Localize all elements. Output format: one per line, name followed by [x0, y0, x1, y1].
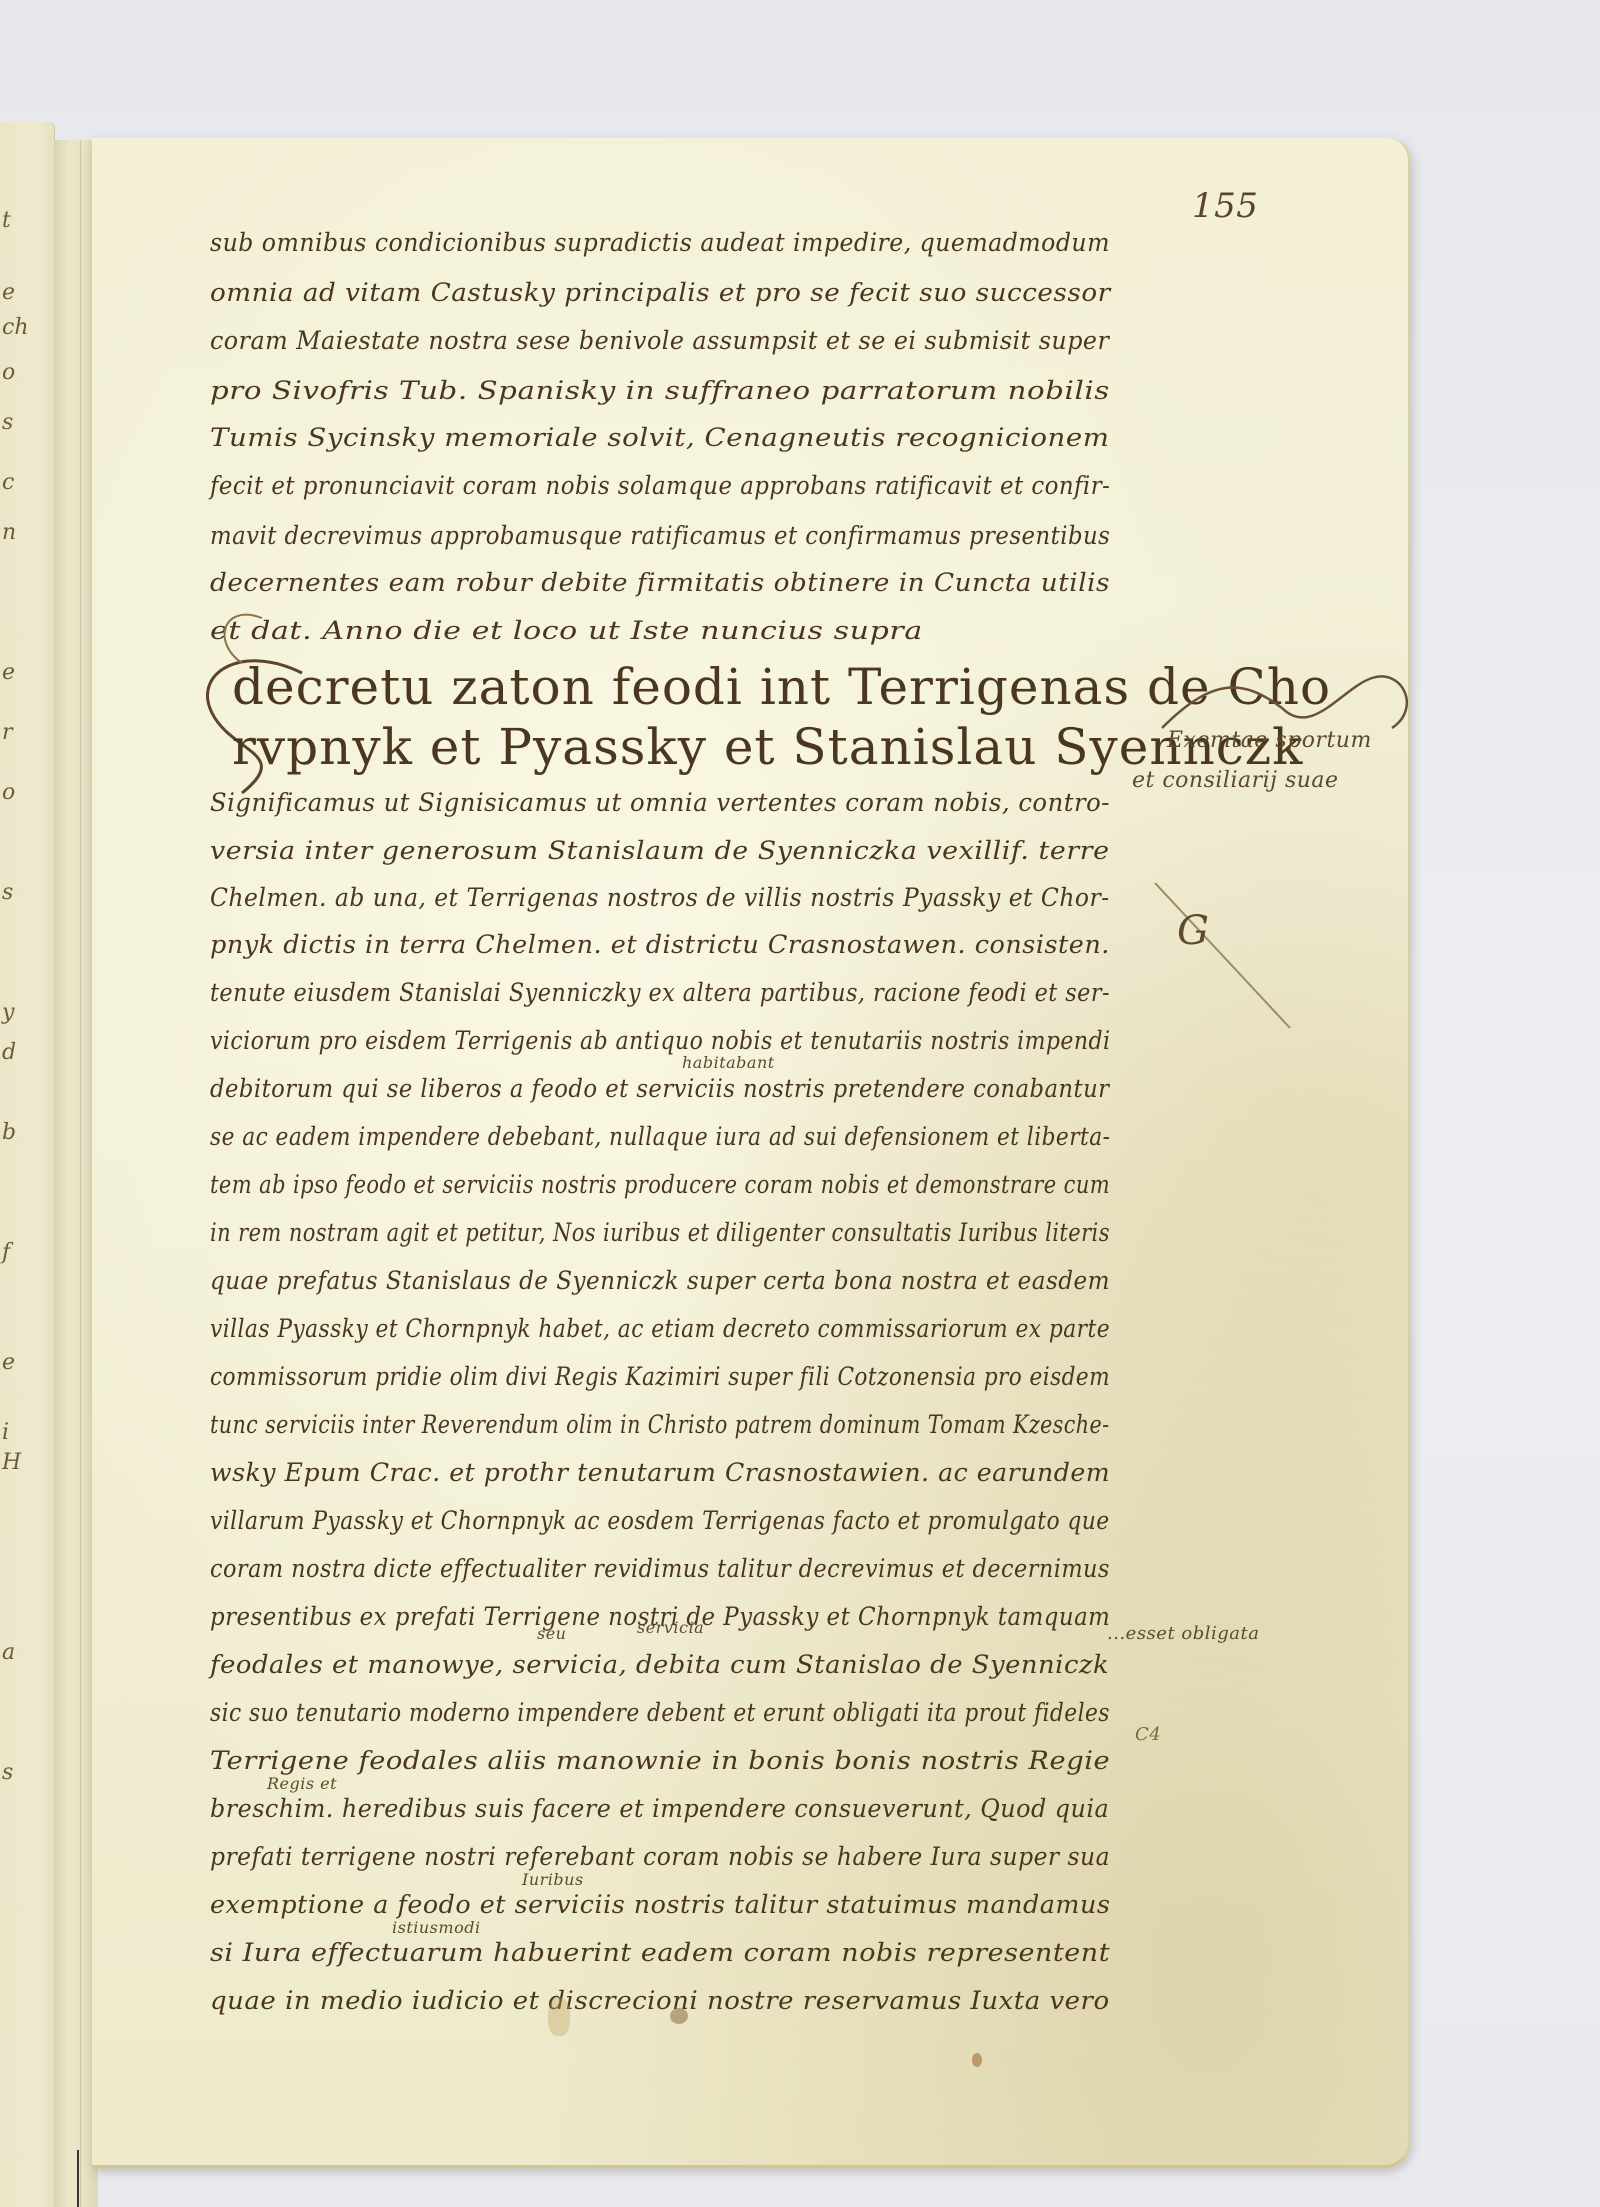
text-line: Chelmen. ab una, et Terrigenas nostros d…: [210, 883, 1110, 912]
folio-number: 155: [1192, 186, 1258, 226]
text-line: commissorum pridie olim divi Regis Kazim…: [210, 1362, 1110, 1391]
text-line: se ac eadem impendere debebant, nullaque…: [210, 1122, 1110, 1151]
facing-page-fragment: i: [2, 1422, 9, 1444]
facing-page-fragment: a: [2, 1642, 15, 1664]
interlinear-note: Iuribus: [522, 1870, 584, 1889]
binding-edge: [77, 2150, 79, 2207]
text-line: pro Sivofris Tub. Spanisky in suffraneo …: [210, 376, 1110, 405]
facing-page-fragment: r: [2, 722, 13, 744]
text-line: sub omnibus condicionibus supradictis au…: [210, 228, 1110, 257]
manuscript-folio: 155 sub omnibus condicionibus supradicti…: [92, 138, 1410, 2168]
text-line: Terrigene feodales aliis manownie in bon…: [210, 1746, 1110, 1775]
interlinear-note: istiusmodi: [392, 1918, 481, 1937]
margin-mark: G: [1177, 908, 1209, 954]
water-stain: [548, 1998, 570, 2036]
cross-mark-icon: [1150, 878, 1300, 1038]
facing-page-fragment: c: [2, 472, 14, 494]
ink-stain: [670, 2008, 688, 2024]
gutter-fold: [80, 140, 83, 2207]
text-line: coram Maiestate nostra sese benivole ass…: [210, 326, 1109, 355]
interlinear-note: Regis et: [267, 1774, 337, 1793]
text-line: coram nostra dicte effectualiter revidim…: [210, 1554, 1110, 1583]
text-line: tunc serviciis inter Reverendum olim in …: [210, 1410, 1110, 1439]
text-line: omnia ad vitam Castusky principalis et p…: [210, 278, 1111, 307]
text-line: wsky Epum Crac. et prothr tenutarum Cras…: [210, 1458, 1110, 1487]
text-line: breschim. heredibus suis facere et impen…: [210, 1794, 1109, 1823]
facing-page-fragment: e: [2, 1352, 15, 1374]
facing-page-fragment: f: [2, 1242, 10, 1264]
facing-page-fragment: s: [2, 882, 13, 904]
text-line: quae in medio iudicio et discrecioni nos…: [210, 1986, 1110, 2015]
text-line: debitorum qui se liberos a feodo et serv…: [210, 1074, 1109, 1103]
facing-page: t e ch o s c n e r o s y d b f e i H a s: [0, 122, 55, 2207]
facing-page-fragment: H: [2, 1452, 21, 1474]
text-line: Tumis Sycinsky memoriale solvit, Cenagne…: [210, 423, 1109, 452]
text-line: villarum Pyassky et Chornpnyk ac eosdem …: [210, 1506, 1110, 1535]
text-line: feodales et manowye, servicia, debita cu…: [210, 1650, 1109, 1679]
margin-note-obligata: ...esset obligata: [1107, 1623, 1260, 1644]
text-line: viciorum pro eisdem Terrigenis ab antiqu…: [210, 1026, 1110, 1055]
facing-page-fragment: b: [2, 1122, 16, 1144]
interlinear-note: habitabant: [682, 1053, 775, 1072]
text-line: versia inter generosum Stanislaum de Sye…: [210, 836, 1110, 865]
margin-gloss-line: et consiliarij suae: [1132, 768, 1339, 793]
text-line: quae prefatus Stanislaus de Syenniczk su…: [210, 1266, 1110, 1295]
text-line: tem ab ipso feodo et serviciis nostris p…: [210, 1170, 1110, 1199]
facing-page-fragment: e: [2, 282, 15, 304]
margin-gloss-line: Exemtae sportum: [1167, 728, 1372, 753]
text-line: decernentes eam robur debite firmitatis …: [210, 568, 1110, 597]
facing-page-fragment: e: [2, 662, 15, 684]
text-line: mavit decrevimus approbamusque ratificam…: [210, 521, 1110, 550]
facing-page-fragment: n: [2, 522, 16, 544]
interlinear-note: servicia: [637, 1618, 704, 1637]
text-line: tenute eiusdem Stanislai Syenniczky ex a…: [210, 978, 1110, 1007]
facing-page-fragment: t: [2, 210, 11, 232]
text-line: exemptione a feodo et serviciis nostris …: [210, 1890, 1110, 1919]
text-line: sic suo tenutario moderno impendere debe…: [210, 1698, 1110, 1727]
text-line: in rem nostram agit et petitur, Nos iuri…: [210, 1218, 1110, 1247]
text-line: prefati terrigene nostri referebant cora…: [210, 1842, 1110, 1871]
ink-stain: [972, 2053, 982, 2067]
interlinear-note: seu: [537, 1624, 566, 1643]
facing-page-fragment: o: [2, 782, 15, 804]
text-line: pnyk dictis in terra Chelmen. et distric…: [210, 930, 1110, 959]
text-line: Significamus ut Signisicamus ut omnia ve…: [210, 788, 1110, 817]
text-line: villas Pyassky et Chornpnyk habet, ac et…: [210, 1314, 1110, 1343]
facing-page-fragment: y: [2, 1002, 14, 1024]
facing-page-fragment: s: [2, 412, 13, 434]
margin-note-c4: C4: [1135, 1724, 1161, 1745]
facing-page-fragment: d: [2, 1042, 16, 1064]
text-line: si Iura effectuarum habuerint eadem cora…: [210, 1938, 1110, 1967]
text-line: fecit et pronunciavit coram nobis solamq…: [210, 471, 1110, 500]
facing-page-fragment: ch: [2, 317, 29, 339]
facing-page-fragment: s: [2, 1762, 13, 1784]
facing-page-fragment: o: [2, 362, 15, 384]
